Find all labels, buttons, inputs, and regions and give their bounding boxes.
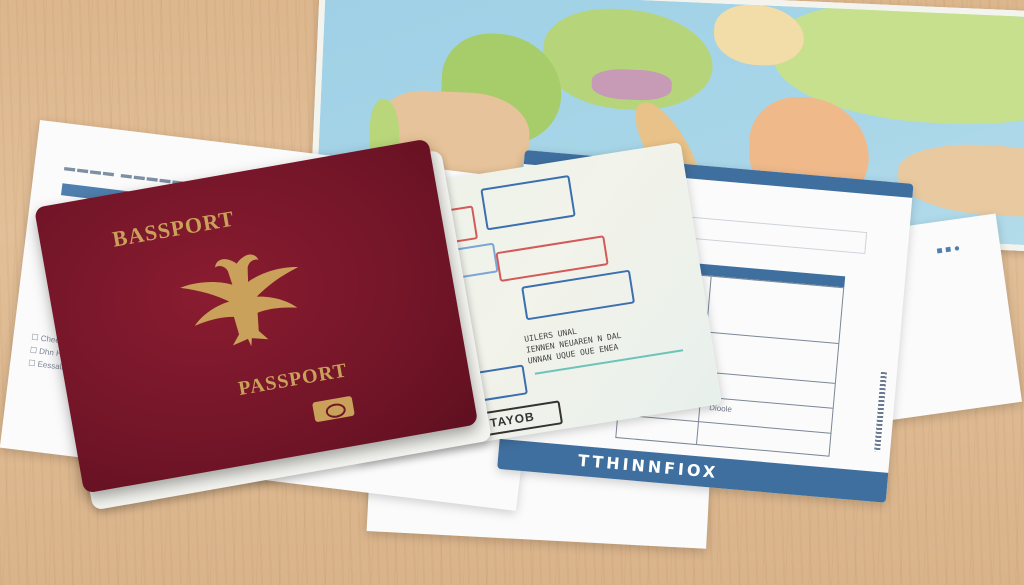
table-divider: [618, 414, 830, 434]
passport-bottom-text: PASSPORT: [237, 359, 350, 401]
biometric-chip-icon: [312, 396, 355, 423]
visa-text: UILERS UNAL IENNEN NEUAREN N DAL UNNAN U…: [524, 319, 624, 367]
sheet-icons: ■ ■ ●: [936, 243, 961, 257]
form-side-barcode: [874, 372, 887, 452]
visa-stamp: [521, 270, 635, 321]
eagle-emblem-icon: [154, 230, 331, 366]
visa-stamp: [480, 175, 575, 231]
